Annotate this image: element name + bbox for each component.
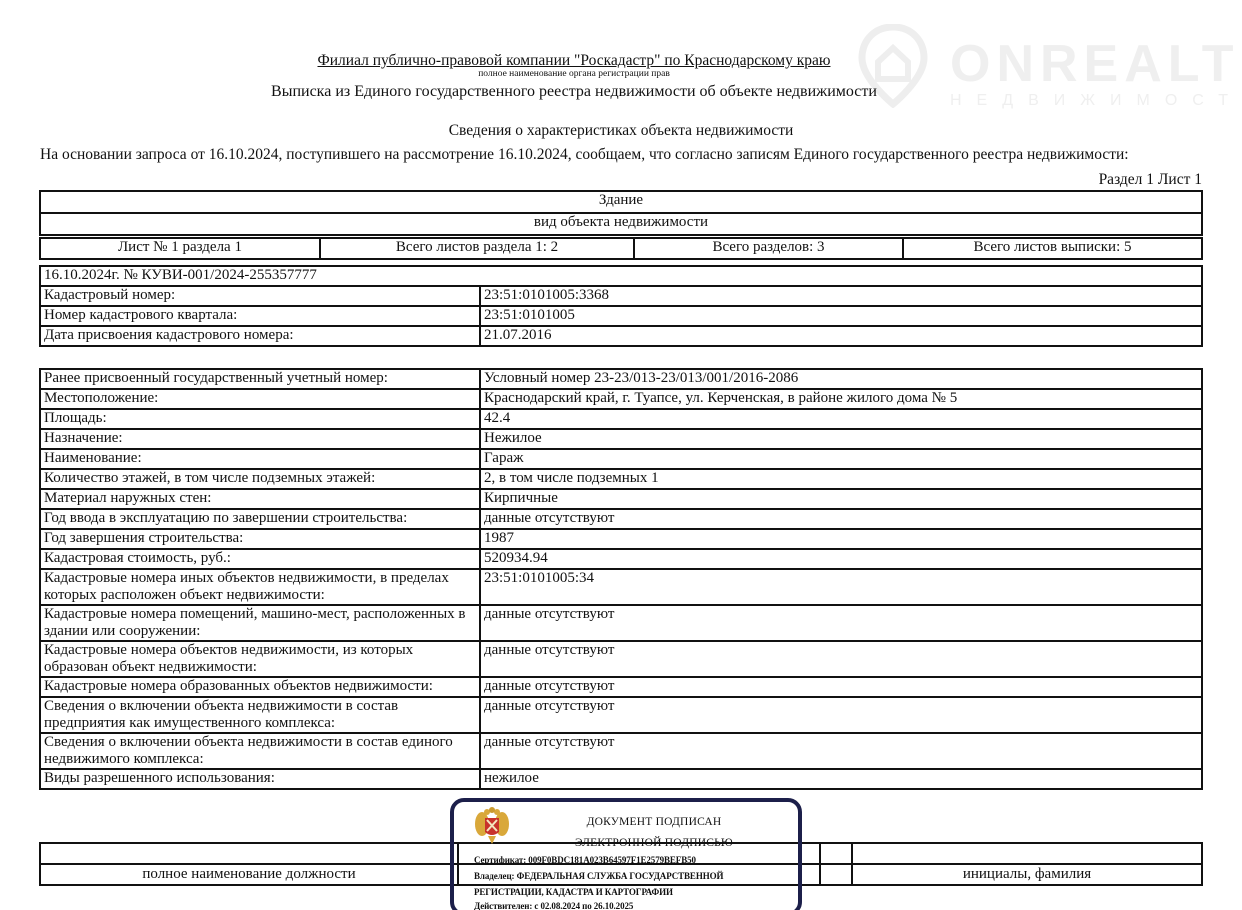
russian-eagle-emblem-icon: [474, 806, 510, 846]
spacer-caption: [820, 864, 852, 885]
table-row: Материал наружных стен:Кирпичные: [40, 489, 1202, 509]
row-label: Кадастровая стоимость, руб.:: [40, 549, 480, 569]
table-row: Сведения о включении объекта недвижимост…: [40, 733, 1202, 769]
table-row: Местоположение:Краснодарский край, г. Ту…: [40, 389, 1202, 409]
row-label: Кадастровые номера иных объектов недвижи…: [40, 569, 480, 605]
row-label: Сведения о включении объекта недвижимост…: [40, 733, 480, 769]
sheet-number: Лист № 1 раздела 1: [40, 238, 320, 259]
row-value: Условный номер 23-23/013-23/013/001/2016…: [480, 369, 1202, 389]
table-row: Год завершения строительства:1987: [40, 529, 1202, 549]
table-row: Кадастровая стоимость, руб.:520934.94: [40, 549, 1202, 569]
assignment-date: 21.07.2016: [480, 326, 1202, 346]
row-label: Местоположение:: [40, 389, 480, 409]
row-label: Материал наружных стен:: [40, 489, 480, 509]
row-value: Нежилое: [480, 429, 1202, 449]
section-title: Сведения о характеристиках объекта недви…: [0, 122, 1242, 140]
table-row: Наименование:Гараж: [40, 449, 1202, 469]
extract-sheets-total: Всего листов выписки: 5: [903, 238, 1202, 259]
row-value: данные отсутствуют: [480, 677, 1202, 697]
row-label: Наименование:: [40, 449, 480, 469]
stamp-signed-line: ДОКУМЕНТ ПОДПИСАН: [514, 816, 794, 828]
row-label: Сведения о включении объекта недвижимост…: [40, 697, 480, 733]
position-caption: полное наименование должности: [40, 864, 458, 885]
row-label: Дата присвоения кадастрового номера:: [40, 326, 480, 346]
object-kind-table: Здание вид объекта недвижимости: [39, 190, 1203, 236]
row-label: Номер кадастрового квартала:: [40, 306, 480, 326]
table-row: Виды разрешенного использования:нежилое: [40, 769, 1202, 789]
object-kind-caption: вид объекта недвижимости: [40, 213, 1202, 235]
row-value: данные отсутствуют: [480, 697, 1202, 733]
row-label: Количество этажей, в том числе подземных…: [40, 469, 480, 489]
object-kind-value: Здание: [40, 191, 1202, 213]
certificate-owner: Владелец: ФЕДЕРАЛЬНАЯ СЛУЖБА ГОСУДАРСТВЕ…: [474, 871, 723, 881]
row-value: Гараж: [480, 449, 1202, 469]
registration-authority-caption: полное наименование органа регистрации п…: [0, 69, 1148, 79]
name-caption: инициалы, фамилия: [852, 864, 1202, 885]
electronic-signature-stamp: ДОКУМЕНТ ПОДПИСАН ЭЛЕКТРОННОЙ ПОДПИСЬЮ С…: [450, 798, 802, 910]
stamp-signature-line: ЭЛЕКТРОННОЙ ПОДПИСЬЮ: [514, 837, 794, 849]
table-row: Количество этажей, в том числе подземных…: [40, 469, 1202, 489]
basis-statement: На основании запроса от 16.10.2024, пост…: [40, 146, 1129, 164]
section-sheets-total: Всего листов раздела 1: 2: [320, 238, 634, 259]
cadastral-quarter: 23:51:0101005: [480, 306, 1202, 326]
row-value: Кирпичные: [480, 489, 1202, 509]
name-field: [852, 843, 1202, 864]
row-label: Площадь:: [40, 409, 480, 429]
registration-authority: Филиал публично-правовой компании "Роска…: [0, 52, 1148, 70]
table-row: Кадастровые номера объектов недвижимости…: [40, 641, 1202, 677]
row-value: 42.4: [480, 409, 1202, 429]
position-field: [40, 843, 458, 864]
row-label: Год завершения строительства:: [40, 529, 480, 549]
table-row: Сведения о включении объекта недвижимост…: [40, 697, 1202, 733]
row-value: 2, в том числе подземных 1: [480, 469, 1202, 489]
row-value: 1987: [480, 529, 1202, 549]
row-value: данные отсутствуют: [480, 641, 1202, 677]
table-row: Номер кадастрового квартала: 23:51:01010…: [40, 306, 1202, 326]
table-row: Кадастровые номера помещений, машино-мес…: [40, 605, 1202, 641]
cadastral-number: 23:51:0101005:3368: [480, 286, 1202, 306]
row-value: данные отсутствуют: [480, 733, 1202, 769]
table-row: Назначение:Нежилое: [40, 429, 1202, 449]
characteristics-table: Ранее присвоенный государственный учетны…: [39, 368, 1203, 790]
row-label: Кадастровые номера объектов недвижимости…: [40, 641, 480, 677]
registration-table: 16.10.2024г. № КУВИ-001/2024-255357777 К…: [39, 265, 1203, 347]
sections-total: Всего разделов: 3: [634, 238, 903, 259]
certificate-number: Сертификат: 009F0BDC181A023B64597F1E2579…: [474, 855, 696, 865]
row-label: Кадастровые номера образованных объектов…: [40, 677, 480, 697]
table-row: Год ввода в эксплуатацию по завершении с…: [40, 509, 1202, 529]
certificate-owner-cont: РЕГИСТРАЦИИ, КАДАСТРА И КАРТОГРАФИИ: [474, 887, 673, 897]
row-value: данные отсутствуют: [480, 605, 1202, 641]
sheet-reference: Раздел 1 Лист 1: [1099, 171, 1202, 189]
row-label: Год ввода в эксплуатацию по завершении с…: [40, 509, 480, 529]
row-label: Назначение:: [40, 429, 480, 449]
table-row: Кадастровый номер: 23:51:0101005:3368: [40, 286, 1202, 306]
table-row: Кадастровые номера образованных объектов…: [40, 677, 1202, 697]
row-label: Виды разрешенного использования:: [40, 769, 480, 789]
table-row: Площадь:42.4: [40, 409, 1202, 429]
table-row: Кадастровые номера иных объектов недвижи…: [40, 569, 1202, 605]
row-value: 23:51:0101005:34: [480, 569, 1202, 605]
row-label: Кадастровый номер:: [40, 286, 480, 306]
row-label: Ранее присвоенный государственный учетны…: [40, 369, 480, 389]
document-title: Выписка из Единого государственного реес…: [0, 83, 1148, 101]
row-value: Краснодарский край, г. Туапсе, ул. Керче…: [480, 389, 1202, 409]
certificate-validity: Действителен: с 02.08.2024 по 26.10.2025: [474, 901, 633, 910]
spacer-field: [820, 843, 852, 864]
table-row: Ранее присвоенный государственный учетны…: [40, 369, 1202, 389]
row-value: 520934.94: [480, 549, 1202, 569]
row-value: нежилое: [480, 769, 1202, 789]
row-value: данные отсутствуют: [480, 509, 1202, 529]
row-label: Кадастровые номера помещений, машино-мес…: [40, 605, 480, 641]
table-row: Дата присвоения кадастрового номера: 21.…: [40, 326, 1202, 346]
sheets-info-table: Лист № 1 раздела 1 Всего листов раздела …: [39, 237, 1203, 260]
request-number: 16.10.2024г. № КУВИ-001/2024-255357777: [40, 266, 1202, 286]
